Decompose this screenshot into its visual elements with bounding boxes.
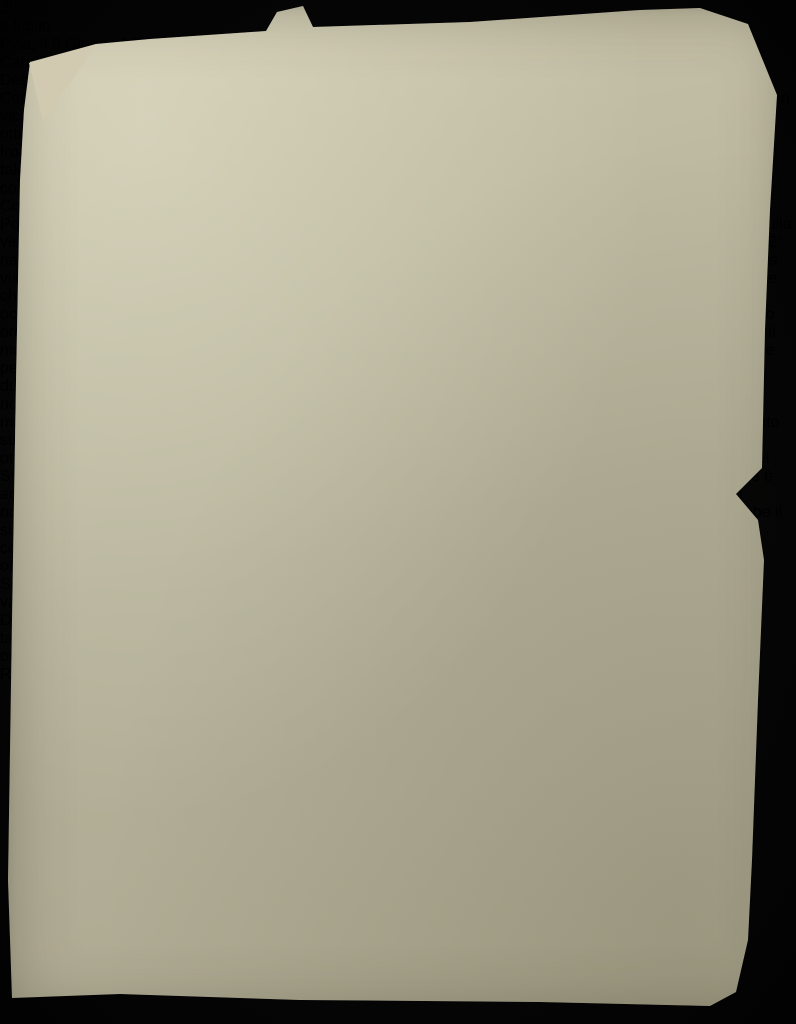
- photo-backdrop: 30 9 luglio Pisa, li 8 Giugno 1924 Caro …: [0, 0, 796, 1024]
- tear-right-edge: [0, 0, 796, 1024]
